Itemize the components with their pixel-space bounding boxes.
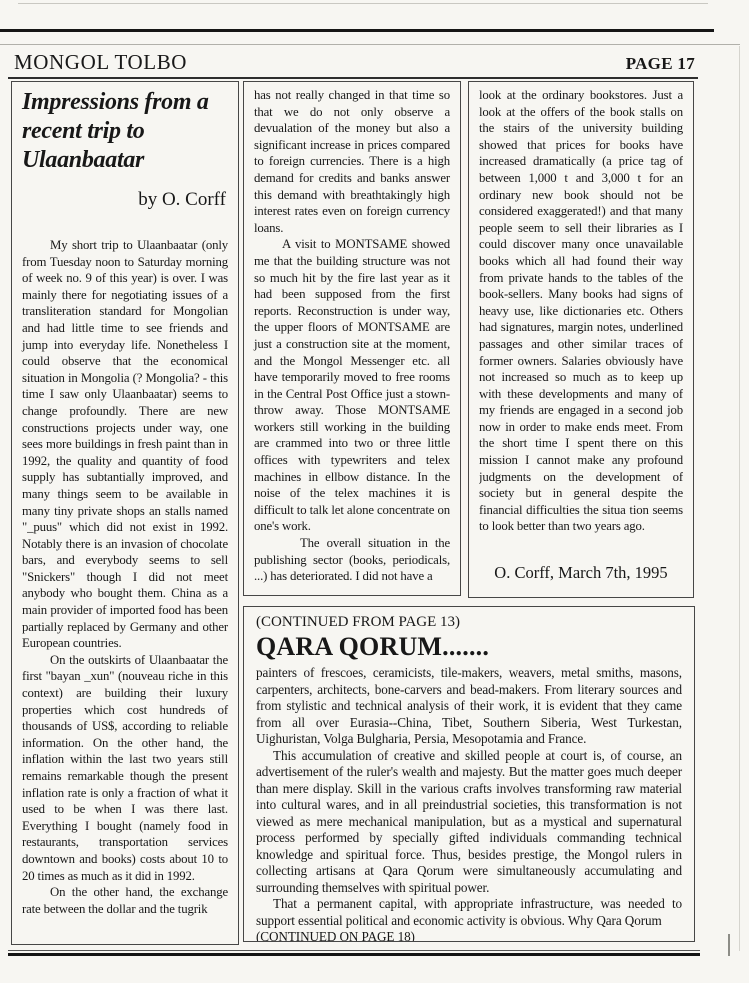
scan-edge-line (739, 46, 740, 951)
article-qara-qorum: (CONTINUED FROM PAGE 13) QARA QORUM.....… (243, 606, 695, 942)
top-rule (0, 29, 714, 32)
qara-qorum-title: QARA QORUM....... (256, 633, 682, 661)
article-impressions-column-3: look at the ordinary bookstores. Just a … (468, 81, 694, 598)
paragraph: My short trip to Ulaanbaatar (only from … (22, 237, 228, 652)
scan-artifact-mark (728, 934, 730, 956)
scan-edge-line (18, 3, 708, 4)
bottom-rule-thin (8, 950, 700, 951)
article-title: Impressions from a recent trip to Ulaanb… (22, 88, 228, 175)
masthead-bottom-rule (8, 77, 698, 79)
newsletter-title: MONGOL TOLBO (14, 50, 187, 75)
article-impressions-column-1: Impressions from a recent trip to Ulaanb… (11, 81, 239, 945)
article-impressions-column-2: has not really changed in that time so t… (243, 81, 461, 596)
paragraph: This accumulation of creative and skille… (256, 748, 682, 897)
paragraph: look at the ordinary bookstores. Just a … (479, 87, 683, 535)
paragraph: has not really changed in that time so t… (254, 87, 450, 236)
paragraph: painters of frescoes, ceramicists, tile-… (256, 665, 682, 748)
paragraph: On the outskirts of Ulaanbaatar the firs… (22, 652, 228, 884)
masthead-top-rule (0, 44, 740, 45)
article-signature: O. Corff, March 7th, 1995 (469, 563, 693, 583)
continued-from-note: (CONTINUED FROM PAGE 13) (256, 613, 682, 631)
paragraph: That a permanent capital, with appropria… (256, 896, 682, 929)
page-number: PAGE 17 (626, 54, 695, 74)
continued-on-note: (CONTINUED ON PAGE 18) (256, 929, 682, 942)
bottom-rule-thick (8, 953, 700, 956)
masthead: MONGOL TOLBO PAGE 17 (14, 50, 695, 75)
article-byline: by O. Corff (22, 189, 226, 211)
newsletter-page: MONGOL TOLBO PAGE 17 Impressions from a … (0, 0, 749, 983)
paragraph: The overall situation in the publishing … (254, 535, 450, 585)
paragraph: A visit to MONTSAME showed me that the b… (254, 236, 450, 535)
paragraph: On the other hand, the exchange rate bet… (22, 884, 228, 917)
